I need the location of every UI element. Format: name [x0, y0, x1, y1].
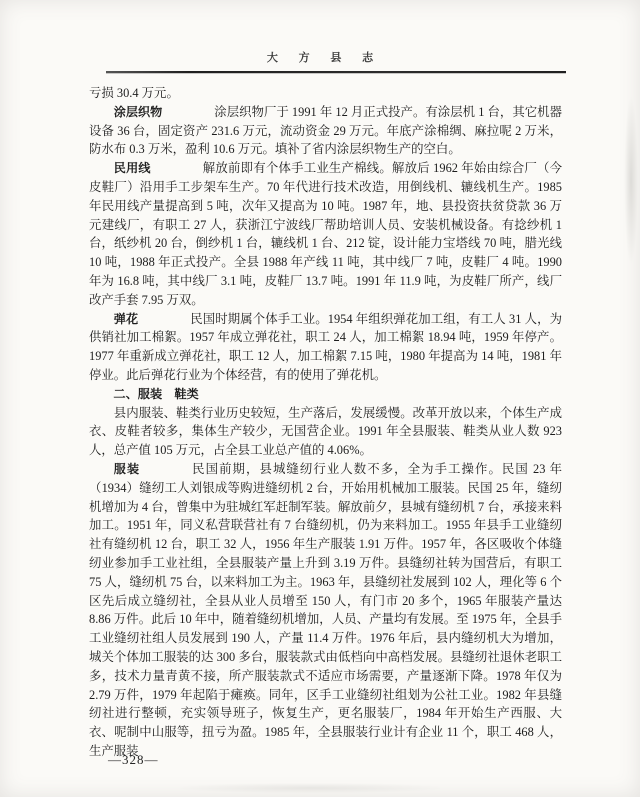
book-page: 大 方 县 志 亏损 30.4 万元。涂层织物涂层织物厂于 1991 年 12 … — [0, 0, 640, 797]
entry-term: 涂层织物 — [114, 105, 162, 119]
scan-smudge — [624, 95, 638, 265]
page-number: —328— — [108, 752, 159, 768]
entry-text: 民国时期属个体手工业。1954 年组织弹花加工组，有工人 31 人，为供销社加工… — [89, 312, 562, 382]
entry-term: 民用线 — [114, 161, 151, 175]
entry-text: 民国前期，县城缝纫行业人数不多，全为手工操作。民国 23 年（1934）缝纫工人… — [89, 462, 562, 758]
scan-smudge — [180, 783, 440, 793]
paragraph: 民用线解放前即有个体手工业生产棉线。解放后 1962 年始由综合厂（今皮鞋厂）沿… — [89, 159, 562, 309]
page-body: 亏损 30.4 万元。涂层织物涂层织物厂于 1991 年 12 月正式投产。有涂… — [89, 84, 562, 761]
entry-term: 弹花 — [114, 312, 138, 326]
section-heading: 二、服装 鞋类 — [89, 385, 562, 404]
entry-text: 解放前即有个体手工业生产棉线。解放后 1962 年始由综合厂（今皮鞋厂）沿用手工… — [89, 161, 562, 307]
header-rule — [106, 71, 566, 73]
paragraph: 亏损 30.4 万元。 — [89, 84, 562, 103]
paragraph: 弹花民国时期属个体手工业。1954 年组织弹花加工组，有工人 31 人，为供销社… — [89, 310, 562, 385]
paragraph: 县内服装、鞋类行业历史较短，生产落后，发展缓慢。改革开放以来，个体生产成衣、皮鞋… — [89, 404, 562, 460]
paragraph: 服装民国前期，县城缝纫行业人数不多，全为手工操作。民国 23 年（1934）缝纫… — [89, 460, 562, 761]
entry-term: 服装 — [114, 462, 140, 476]
running-header-title: 大 方 县 志 — [0, 49, 640, 65]
paragraph: 涂层织物涂层织物厂于 1991 年 12 月正式投产。有涂层机 1 台，其它机器… — [89, 103, 562, 159]
scanned-page-image: 大 方 县 志 亏损 30.4 万元。涂层织物涂层织物厂于 1991 年 12 … — [0, 0, 640, 797]
